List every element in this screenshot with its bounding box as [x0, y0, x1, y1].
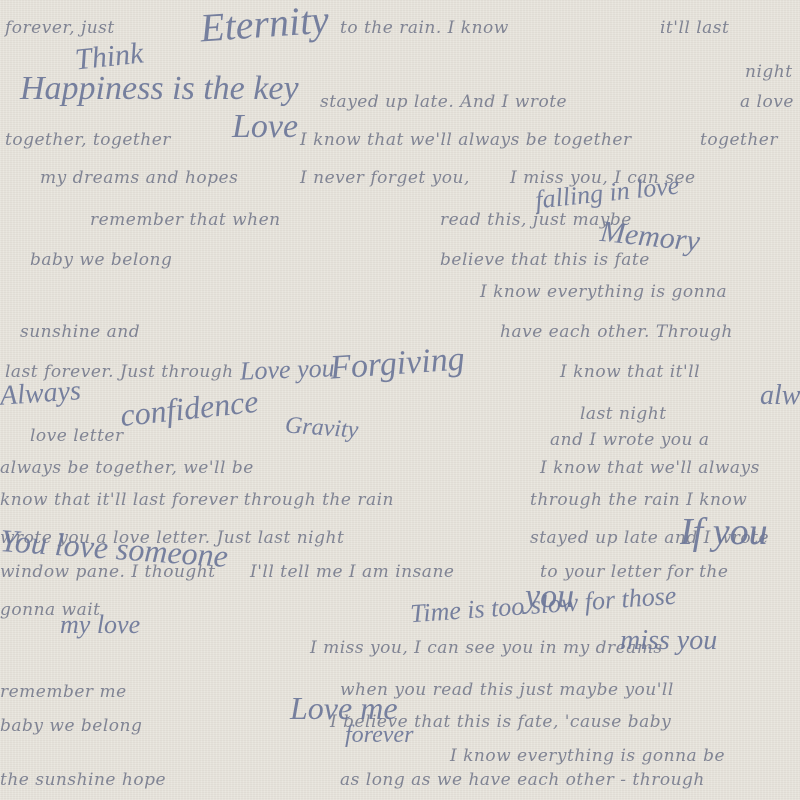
- accent-word: Gravity: [284, 412, 359, 444]
- accent-word: forever: [345, 722, 413, 749]
- script-line: last night: [580, 404, 667, 424]
- script-line: baby we belong: [30, 250, 172, 270]
- script-line: to the rain. I know: [340, 18, 509, 38]
- script-line: I know everything is gonna: [480, 282, 727, 302]
- script-line: I miss you, I can see you in my dreams: [310, 638, 663, 658]
- script-line: stayed up late. And I wrote: [320, 92, 567, 112]
- accent-word: If you: [680, 510, 768, 554]
- accent-word: my love: [60, 610, 140, 640]
- script-line: love letter: [30, 426, 124, 446]
- script-line: as long as we have each other - through: [340, 770, 705, 790]
- script-line: believe that this is fate: [440, 250, 650, 270]
- script-line: and I wrote you a: [550, 430, 710, 450]
- script-line: remember me: [0, 682, 127, 702]
- script-line: know that it'll last forever through the…: [0, 490, 394, 510]
- script-line: forever, just: [5, 18, 115, 38]
- script-line: baby we belong: [0, 716, 142, 736]
- script-line: together: [700, 130, 778, 150]
- accent-word: Happiness is the key: [20, 70, 299, 108]
- accent-word: Love you: [240, 353, 336, 386]
- script-line: through the rain I know: [530, 490, 747, 510]
- script-line: my dreams and hopes: [40, 168, 238, 188]
- accent-word: always: [760, 380, 800, 412]
- accent-word: miss you: [620, 625, 717, 657]
- script-line: night: [745, 62, 793, 82]
- script-line: together, together: [5, 130, 171, 150]
- script-line: remember that when: [90, 210, 281, 230]
- script-line: I know that we'll always: [540, 458, 760, 478]
- script-line: the sunshine hope: [0, 770, 166, 790]
- script-line: I never forget you,: [300, 168, 470, 188]
- script-line: have each other. Through: [500, 322, 733, 342]
- script-line: I'll tell me I am insane: [250, 562, 454, 582]
- script-line: I know everything is gonna be: [450, 746, 725, 766]
- script-line: sunshine and: [20, 322, 140, 342]
- script-line: it'll last: [660, 18, 729, 38]
- accent-word: Eternity: [199, 0, 331, 51]
- script-line: I know that it'll: [560, 362, 700, 382]
- accent-word: Always: [0, 375, 82, 413]
- script-line: I know that we'll always be together: [300, 130, 632, 150]
- accent-word: Love: [232, 108, 298, 146]
- script-line: a love letter: [740, 92, 800, 112]
- script-line: always be together, we'll be: [0, 458, 254, 478]
